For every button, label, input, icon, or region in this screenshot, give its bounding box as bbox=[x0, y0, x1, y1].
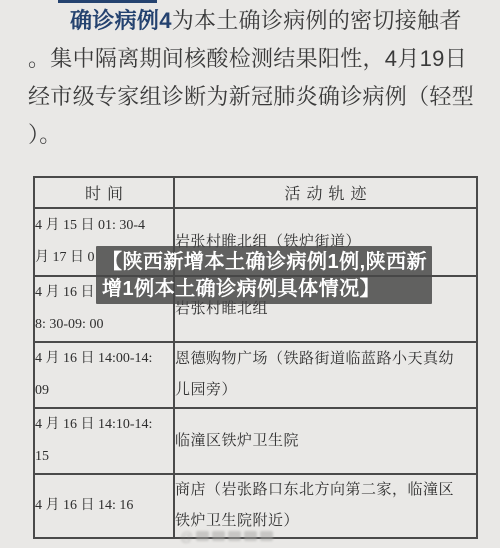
at-symbol-icon: @ bbox=[180, 529, 193, 544]
time-line: 15 bbox=[35, 441, 173, 473]
activity-line: 商店（岩张路口东北方向第二家，临潼区 bbox=[175, 475, 476, 506]
time-line: 4 月 16 日 14: 16 bbox=[35, 490, 173, 522]
activity-line: 临潼区铁炉卫生院 bbox=[175, 426, 476, 457]
watermark-blur-glyph bbox=[228, 531, 241, 541]
intro-line-3: 经市级专家组诊断为新冠肺炎确诊病例（轻型 bbox=[28, 78, 478, 116]
watermark: @ bbox=[180, 529, 273, 543]
time-line: 4 月 15 日 01: 30-4 bbox=[35, 210, 173, 242]
overlay-title-line-2: 增1例本土确诊病例具体情况】 bbox=[102, 275, 432, 302]
table-row: 4 月 16 日 14:00-14: 09 恩德购物广场（铁路街道临蓝路小天真幼… bbox=[34, 342, 477, 408]
watermark-blur-glyph bbox=[244, 531, 257, 541]
time-cell: 4 月 16 日 14:10-14: 15 bbox=[34, 408, 174, 474]
time-cell: 4 月 16 日 14: 16 bbox=[34, 474, 174, 538]
trajectory-table: 时间 活动轨迹 4 月 15 日 01: 30-4 月 17 日 0 岩张村睢北… bbox=[33, 176, 478, 539]
table-header-time: 时间 bbox=[34, 177, 174, 208]
time-line: 8: 30-09: 00 bbox=[35, 309, 173, 341]
intro-line-1-text: 为本土确诊病例的密切接触者 bbox=[172, 8, 462, 33]
intro-line-4: ）。 bbox=[28, 116, 478, 154]
time-line: 4 月 16 日 14:10-14: bbox=[35, 409, 173, 441]
table-header-row: 时间 活动轨迹 bbox=[34, 177, 477, 208]
activity-line: 儿园旁） bbox=[175, 375, 476, 406]
time-cell: 4 月 16 日 14:00-14: 09 bbox=[34, 342, 174, 408]
watermark-blur-glyph bbox=[212, 531, 225, 541]
watermark-blur-glyph bbox=[196, 531, 209, 541]
intro-line-2: 。集中隔离期间核酸检测结果阳性，4月19日 bbox=[28, 40, 478, 78]
time-line: 09 bbox=[35, 375, 173, 407]
overlay-title-line-1: 【陕西新增本土确诊病例1例,陕西新 bbox=[102, 248, 432, 275]
table-header-activity: 活动轨迹 bbox=[174, 177, 477, 208]
time-line: 4 月 16 日 14:00-14: bbox=[35, 343, 173, 375]
activity-cell: 恩德购物广场（铁路街道临蓝路小天真幼 儿园旁） bbox=[174, 342, 477, 408]
intro-line-1: 确诊病例4为本土确诊病例的密切接触者 bbox=[28, 2, 478, 40]
intro-paragraph: 确诊病例4为本土确诊病例的密切接触者 。集中隔离期间核酸检测结果阳性，4月19日… bbox=[28, 2, 478, 154]
watermark-blur-glyph bbox=[260, 531, 273, 541]
case-number-highlight: 确诊病例4 bbox=[70, 8, 172, 33]
activity-cell: 临潼区铁炉卫生院 bbox=[174, 408, 477, 474]
activity-line: 恩德购物广场（铁路街道临蓝路小天真幼 bbox=[175, 344, 476, 375]
table-row: 4 月 16 日 14:10-14: 15 临潼区铁炉卫生院 bbox=[34, 408, 477, 474]
news-title-overlay: 【陕西新增本土确诊病例1例,陕西新 增1例本土确诊病例具体情况】 bbox=[96, 246, 432, 304]
